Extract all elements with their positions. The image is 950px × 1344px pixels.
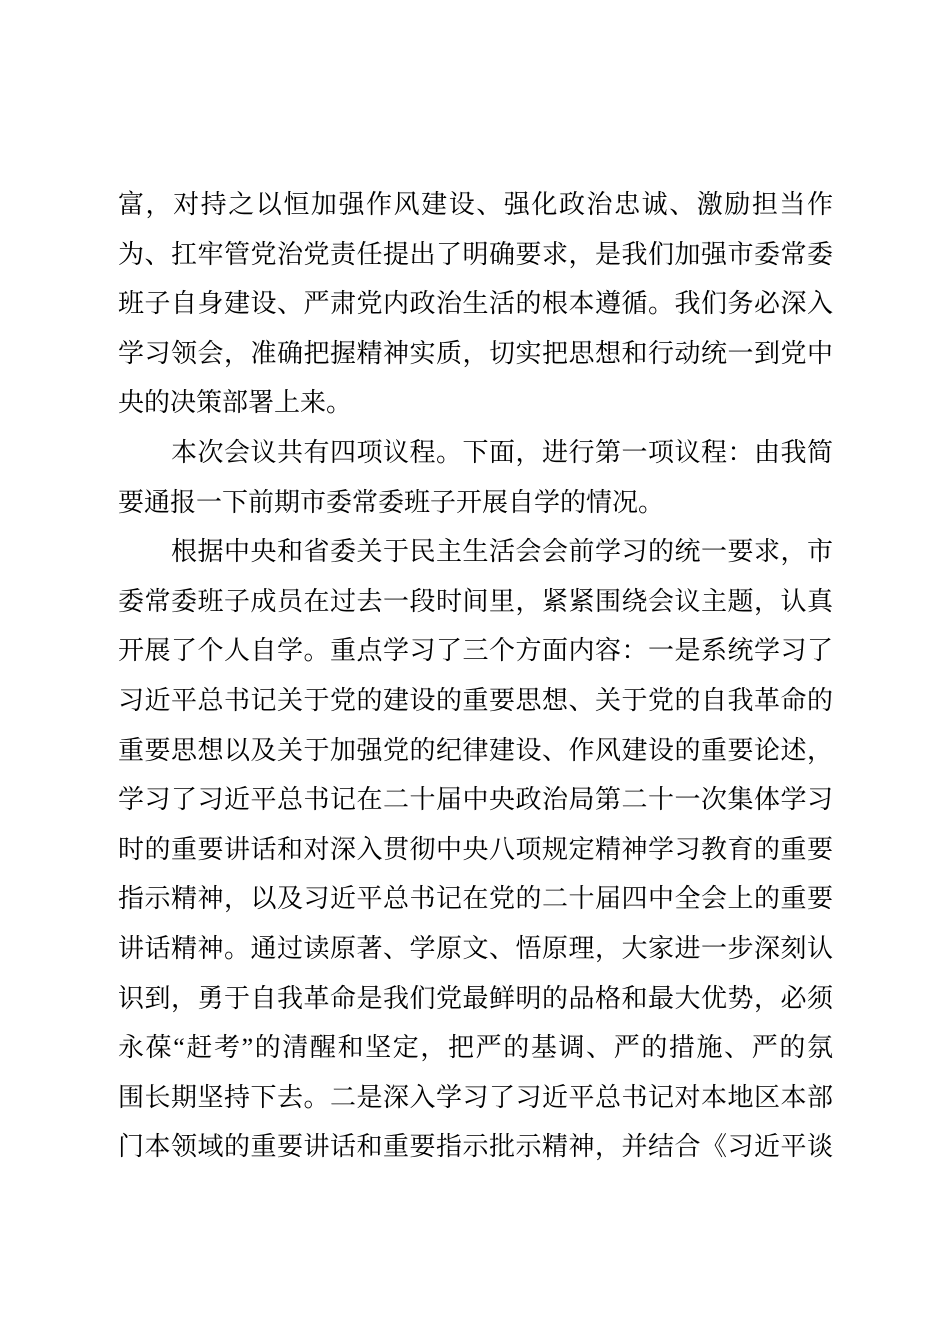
text-line: 要通报一下前期市委常委班子开展自学的情况。 <box>118 478 833 528</box>
document-body: 富，对持之以恒加强作风建设、强化政治忠诚、激励担当作为、扛牢管党治党责任提出了明… <box>118 180 833 1172</box>
text-line: 班子自身建设、严肃党内政治生活的根本遵循。我们务必深入 <box>118 279 833 329</box>
text-line: 学习领会，准确把握精神实质，切实把思想和行动统一到党中 <box>118 329 833 379</box>
text-line: 重要思想以及关于加强党的纪律建设、作风建设的重要论述， <box>118 726 833 776</box>
text-line: 习近平总书记关于党的建设的重要思想、关于党的自我革命的 <box>118 676 833 726</box>
text-line: 开展了个人自学。重点学习了三个方面内容：一是系统学习了 <box>118 626 833 676</box>
text-line: 永葆“赶考”的清醒和坚定，把严的基调、严的措施、严的氛 <box>118 1023 833 1073</box>
text-line: 富，对持之以恒加强作风建设、强化政治忠诚、激励担当作 <box>118 180 833 230</box>
text-line: 央的决策部署上来。 <box>118 378 833 428</box>
text-line: 学习了习近平总书记在二十届中央政治局第二十一次集体学习 <box>118 775 833 825</box>
text-line: 指示精神，以及习近平总书记在党的二十届四中全会上的重要 <box>118 874 833 924</box>
text-line: 围长期坚持下去。二是深入学习了习近平总书记对本地区本部 <box>118 1073 833 1123</box>
paragraph: 富，对持之以恒加强作风建设、强化政治忠诚、激励担当作为、扛牢管党治党责任提出了明… <box>118 180 833 428</box>
text-line: 时的重要讲话和对深入贯彻中央八项规定精神学习教育的重要 <box>118 825 833 875</box>
text-line: 门本领域的重要讲话和重要指示批示精神，并结合《习近平谈 <box>118 1122 833 1172</box>
text-line: 为、扛牢管党治党责任提出了明确要求，是我们加强市委常委 <box>118 230 833 280</box>
paragraph: 本次会议共有四项议程。下面，进行第一项议程：由我简要通报一下前期市委常委班子开展… <box>118 428 833 527</box>
document-page: 富，对持之以恒加强作风建设、强化政治忠诚、激励担当作为、扛牢管党治党责任提出了明… <box>0 0 950 1344</box>
paragraph: 根据中央和省委关于民主生活会会前学习的统一要求，市委常委班子成员在过去一段时间里… <box>118 527 833 1172</box>
text-line: 识到，勇于自我革命是我们党最鲜明的品格和最大优势，必须 <box>118 974 833 1024</box>
text-line: 委常委班子成员在过去一段时间里，紧紧围绕会议主题，认真 <box>118 577 833 627</box>
text-line: 本次会议共有四项议程。下面，进行第一项议程：由我简 <box>118 428 833 478</box>
text-line: 讲话精神。通过读原著、学原文、悟原理，大家进一步深刻认 <box>118 924 833 974</box>
text-line: 根据中央和省委关于民主生活会会前学习的统一要求，市 <box>118 527 833 577</box>
